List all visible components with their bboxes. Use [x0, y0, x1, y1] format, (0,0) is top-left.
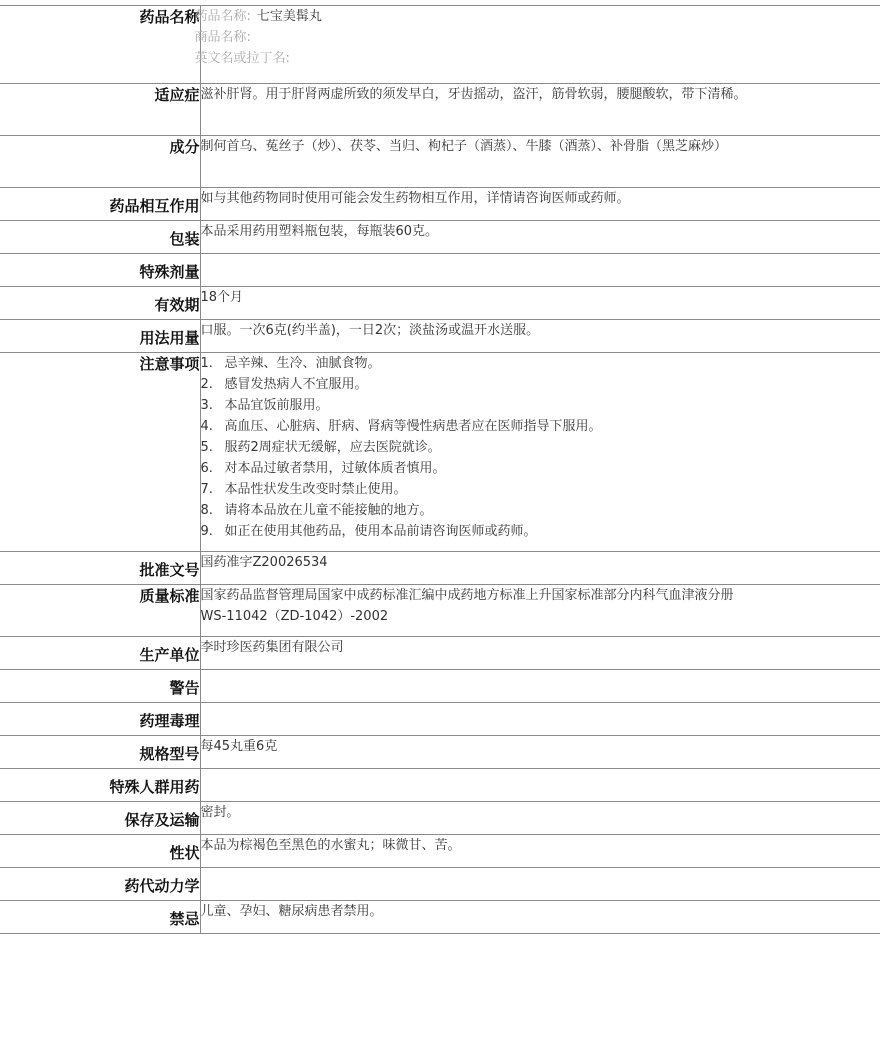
item-text: 忌辛辣、生冷、油腻食物。 [225, 356, 381, 371]
label-toxicology: 药理毒理 [0, 703, 200, 736]
value-appearance: 本品为棕褐色至黑色的水蜜丸；味微甘、苦。 [201, 835, 761, 856]
item-text: 本品宜饭前服用。 [225, 398, 329, 413]
item-number: 2. [201, 374, 225, 395]
precaution-item: 9.如正在使用其他药品，使用本品前请咨询医师或药师。 [201, 521, 880, 542]
row-ingredients: 成分 制何首乌、菟丝子（炒）、茯苓、当归、枸杞子（酒蒸）、牛膝（酒蒸）、补骨脂（… [0, 136, 880, 188]
row-approval: 批准文号 国药准字Z20026534 [0, 552, 880, 585]
item-text: 感冒发热病人不宜服用。 [225, 377, 368, 392]
label-expiry: 有效期 [0, 287, 200, 320]
row-drug-name: 药品名称 药品名称:七宝美髯丸 商品名称: 英文名或拉丁名: [0, 6, 880, 84]
row-pharmacokinetics: 药代动力学 [0, 868, 880, 901]
generic-name-value: 七宝美髯丸 [257, 9, 322, 24]
trade-name-label: 商品名称: [195, 30, 251, 45]
generic-name-label: 药品名称: [195, 9, 251, 24]
item-text: 高血压、心脏病、肝病、肾病等慢性病患者应在医师指导下服用。 [225, 419, 602, 434]
row-contraindications: 禁忌 儿童、孕妇、糖尿病患者禁用。 [0, 901, 880, 934]
item-number: 3. [201, 395, 225, 416]
row-standard: 质量标准 国家药品监督管理局国家中成药标准汇编中成药地方标准上升国家标准部分内科… [0, 585, 880, 637]
label-appearance: 性状 [0, 835, 200, 868]
value-special-population-cell [200, 769, 880, 802]
value-manufacturer: 李时珍医药集团有限公司 [201, 637, 761, 658]
item-text: 对本品过敏者禁用，过敏体质者慎用。 [225, 461, 446, 476]
precaution-item: 3.本品宜饭前服用。 [201, 395, 880, 416]
label-spec: 规格型号 [0, 736, 200, 769]
row-interactions: 药品相互作用 如与其他药物同时使用可能会发生药物相互作用，详情请咨询医师或药师。 [0, 188, 880, 221]
row-toxicology: 药理毒理 [0, 703, 880, 736]
row-indications: 适应症 滋补肝肾。用于肝肾两虚所致的须发早白，牙齿摇动，盗汗，筋骨软弱，腰腿酸软… [0, 84, 880, 136]
item-number: 5. [201, 437, 225, 458]
row-appearance: 性状 本品为棕褐色至黑色的水蜜丸；味微甘、苦。 [0, 835, 880, 868]
label-standard: 质量标准 [0, 585, 200, 637]
precaution-item: 2.感冒发热病人不宜服用。 [201, 374, 880, 395]
trade-name-line: 商品名称: [195, 27, 880, 48]
latin-name-line: 英文名或拉丁名: [195, 48, 880, 69]
value-toxicology-cell [200, 703, 880, 736]
item-text: 服药2周症状无缓解，应去医院就诊。 [225, 440, 441, 455]
label-special-dose: 特殊剂量 [0, 254, 200, 287]
row-warning: 警告 [0, 670, 880, 703]
name-fields: 药品名称:七宝美髯丸 商品名称: 英文名或拉丁名: [186, 6, 880, 69]
item-text: 请将本品放在儿童不能接触的地方。 [225, 503, 433, 518]
drug-spec-table: 药品名称 药品名称:七宝美髯丸 商品名称: 英文名或拉丁名: 适应症 滋补肝肾。… [0, 5, 880, 934]
latin-name-label: 英文名或拉丁名: [195, 51, 290, 66]
precaution-item: 7.本品性状发生改变时禁止使用。 [201, 479, 880, 500]
precaution-item: 5.服药2周症状无缓解，应去医院就诊。 [201, 437, 880, 458]
item-number: 4. [201, 416, 225, 437]
value-precautions: 1.忌辛辣、生冷、油腻食物。 2.感冒发热病人不宜服用。 3.本品宜饭前服用。 … [200, 353, 880, 552]
value-standard-cell: 国家药品监督管理局国家中成药标准汇编中成药地方标准上升国家标准部分内科气血津液分… [200, 585, 880, 637]
label-approval: 批准文号 [0, 552, 200, 585]
value-spec-cell: 每45丸重6克 [200, 736, 880, 769]
row-special-population: 特殊人群用药 [0, 769, 880, 802]
label-interactions: 药品相互作用 [0, 188, 200, 221]
value-warning-cell [200, 670, 880, 703]
row-manufacturer: 生产单位 李时珍医药集团有限公司 [0, 637, 880, 670]
value-packaging: 本品采用药用塑料瓶包装，每瓶装60克。 [201, 221, 761, 242]
value-ingredients-cell: 制何首乌、菟丝子（炒）、茯苓、当归、枸杞子（酒蒸）、牛膝（酒蒸）、补骨脂（黑芝麻… [200, 136, 880, 188]
label-drug-name: 药品名称 [0, 6, 200, 84]
value-storage-cell: 密封。 [200, 802, 880, 835]
item-number: 8. [201, 500, 225, 521]
label-manufacturer: 生产单位 [0, 637, 200, 670]
precaution-item: 6.对本品过敏者禁用，过敏体质者慎用。 [201, 458, 880, 479]
value-interactions: 如与其他药物同时使用可能会发生药物相互作用，详情请咨询医师或药师。 [201, 188, 761, 209]
row-dosage: 用法用量 口服。一次6克(约半盖)，一日2次；淡盐汤或温开水送服。 [0, 320, 880, 353]
label-pharmacokinetics: 药代动力学 [0, 868, 200, 901]
label-packaging: 包装 [0, 221, 200, 254]
row-packaging: 包装 本品采用药用塑料瓶包装，每瓶装60克。 [0, 221, 880, 254]
precaution-item: 4.高血压、心脏病、肝病、肾病等慢性病患者应在医师指导下服用。 [201, 416, 880, 437]
label-dosage: 用法用量 [0, 320, 200, 353]
value-special-dose-cell [200, 254, 880, 287]
value-appearance-cell: 本品为棕褐色至黑色的水蜜丸；味微甘、苦。 [200, 835, 880, 868]
item-number: 7. [201, 479, 225, 500]
label-special-population: 特殊人群用药 [0, 769, 200, 802]
value-dosage-cell: 口服。一次6克(约半盖)，一日2次；淡盐汤或温开水送服。 [200, 320, 880, 353]
item-number: 9. [201, 521, 225, 542]
label-indications: 适应症 [0, 84, 200, 136]
value-interactions-cell: 如与其他药物同时使用可能会发生药物相互作用，详情请咨询医师或药师。 [200, 188, 880, 221]
value-pharmacokinetics-cell [200, 868, 880, 901]
precaution-item: 1.忌辛辣、生冷、油腻食物。 [201, 353, 880, 374]
row-expiry: 有效期 18个月 [0, 287, 880, 320]
row-precautions: 注意事项 1.忌辛辣、生冷、油腻食物。 2.感冒发热病人不宜服用。 3.本品宜饭… [0, 353, 880, 552]
value-standard: 国家药品监督管理局国家中成药标准汇编中成药地方标准上升国家标准部分内科气血津液分… [201, 585, 761, 627]
row-storage: 保存及运输 密封。 [0, 802, 880, 835]
value-dosage: 口服。一次6克(约半盖)，一日2次；淡盐汤或温开水送服。 [201, 320, 761, 341]
value-approval: 国药准字Z20026534 [201, 552, 761, 573]
value-contraindications-cell: 儿童、孕妇、糖尿病患者禁用。 [200, 901, 880, 934]
value-approval-cell: 国药准字Z20026534 [200, 552, 880, 585]
value-indications: 滋补肝肾。用于肝肾两虚所致的须发早白，牙齿摇动，盗汗，筋骨软弱，腰腿酸软，带下清… [201, 84, 761, 105]
value-spec: 每45丸重6克 [201, 736, 761, 757]
value-packaging-cell: 本品采用药用塑料瓶包装，每瓶装60克。 [200, 221, 880, 254]
value-drug-name: 药品名称:七宝美髯丸 商品名称: 英文名或拉丁名: [200, 6, 880, 84]
value-expiry-cell: 18个月 [200, 287, 880, 320]
value-manufacturer-cell: 李时珍医药集团有限公司 [200, 637, 880, 670]
value-ingredients: 制何首乌、菟丝子（炒）、茯苓、当归、枸杞子（酒蒸）、牛膝（酒蒸）、补骨脂（黑芝麻… [201, 136, 761, 157]
label-contraindications: 禁忌 [0, 901, 200, 934]
precaution-item: 8.请将本品放在儿童不能接触的地方。 [201, 500, 880, 521]
label-precautions: 注意事项 [0, 353, 200, 552]
item-text: 本品性状发生改变时禁止使用。 [225, 482, 407, 497]
value-storage: 密封。 [201, 802, 761, 823]
row-spec: 规格型号 每45丸重6克 [0, 736, 880, 769]
label-warning: 警告 [0, 670, 200, 703]
label-ingredients: 成分 [0, 136, 200, 188]
item-number: 1. [201, 353, 225, 374]
value-expiry: 18个月 [201, 287, 761, 308]
value-indications-cell: 滋补肝肾。用于肝肾两虚所致的须发早白，牙齿摇动，盗汗，筋骨软弱，腰腿酸软，带下清… [200, 84, 880, 136]
row-special-dose: 特殊剂量 [0, 254, 880, 287]
item-number: 6. [201, 458, 225, 479]
value-contraindications: 儿童、孕妇、糖尿病患者禁用。 [201, 901, 761, 922]
generic-name-line: 药品名称:七宝美髯丸 [195, 6, 880, 27]
item-text: 如正在使用其他药品，使用本品前请咨询医师或药师。 [225, 524, 537, 539]
label-storage: 保存及运输 [0, 802, 200, 835]
